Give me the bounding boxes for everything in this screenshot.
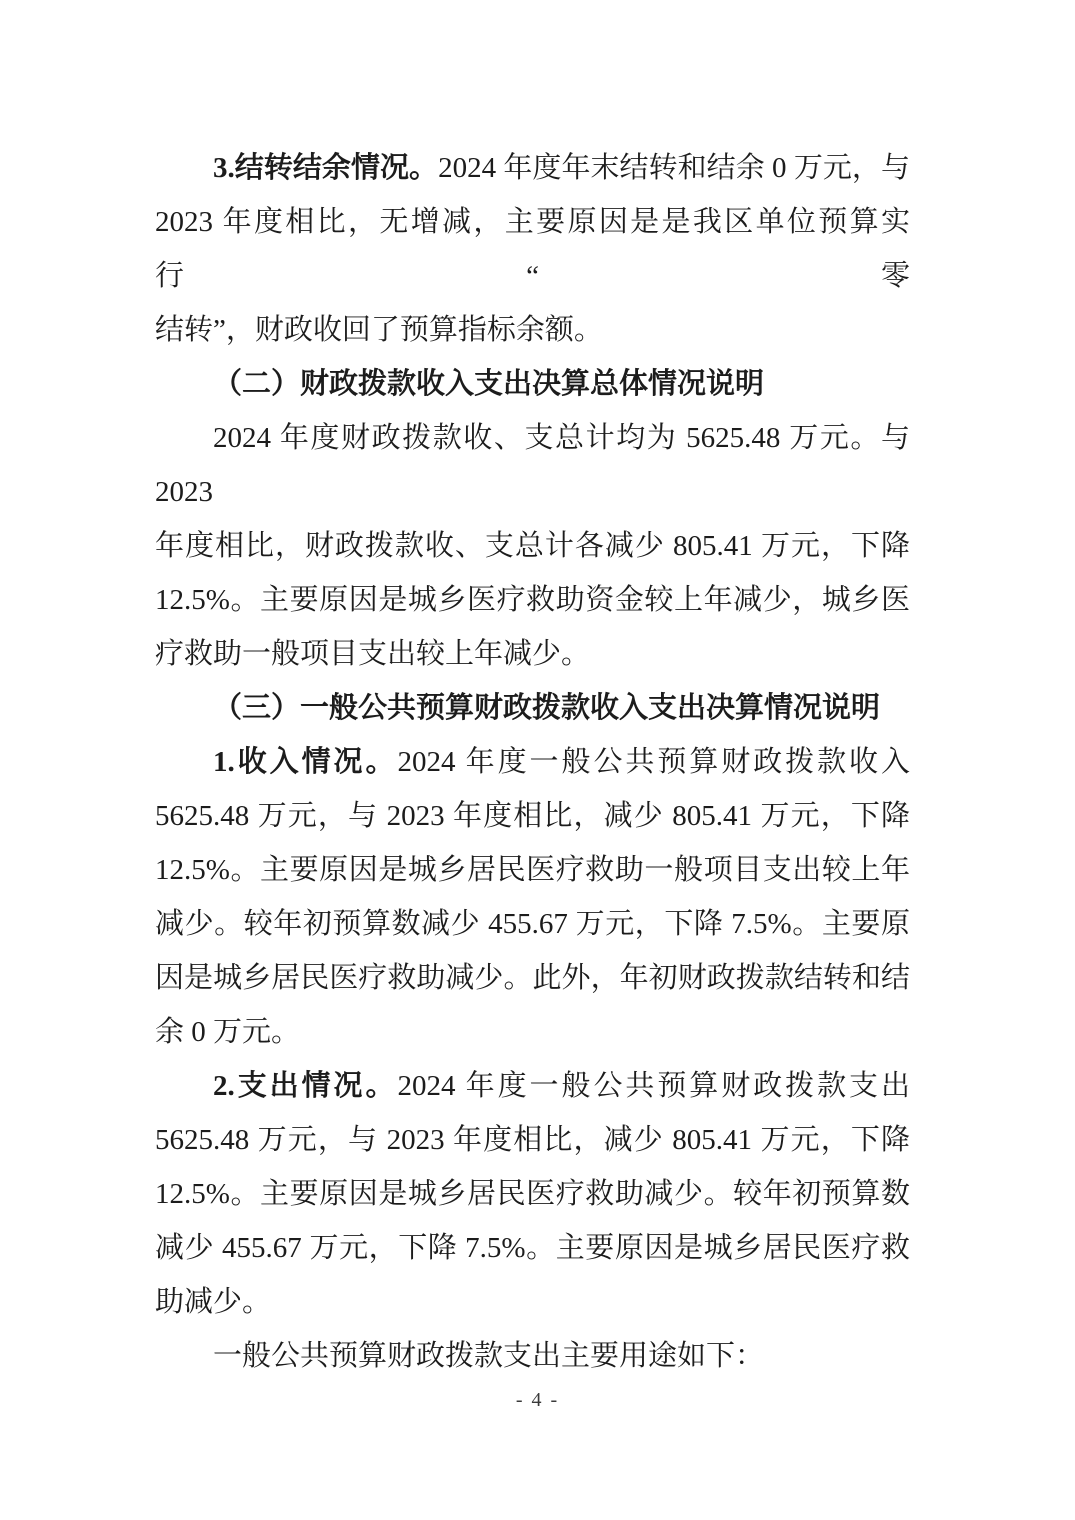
paragraph-line: 1.收入情况。2024 年度一般公共预算财政拨款收入 xyxy=(155,735,910,789)
text-segment: 减少。较年初预算数减少 455.67 万元，下降 7.5%。主要原 xyxy=(155,908,910,940)
paragraph-line: 减少。较年初预算数减少 455.67 万元，下降 7.5%。主要原 xyxy=(155,897,910,951)
text-segment: 2023 年度相比，无增减，主要原因是是我区单位预算实行“零 xyxy=(155,206,910,292)
text-segment: 5625.48 万元，与 2023 年度相比，减少 805.41 万元，下降 xyxy=(155,1124,910,1156)
page-footer: - 4 - xyxy=(0,1385,1075,1415)
page-number: - 4 - xyxy=(516,1389,559,1411)
heading-section-2: （二）财政拨款收入支出决算总体情况说明 xyxy=(155,357,910,411)
text-segment: 年度相比，财政拨款收、支总计各减少 805.41 万元，下降 xyxy=(155,530,910,562)
para-expenditure-situation: 2.支出情况。2024 年度一般公共预算财政拨款支出5625.48 万元，与 2… xyxy=(155,1059,910,1329)
bold-text-segment: 1.收入情况。 xyxy=(213,746,397,778)
text-segment: 12.5%。主要原因是城乡居民医疗救助减少。较年初预算数 xyxy=(155,1178,910,1210)
text-segment: 余 0 万元。 xyxy=(155,1016,300,1048)
bold-text-segment: 3.结转结余情况。 xyxy=(213,152,438,184)
text-segment: 2024 年度一般公共预算财政拨款收入 xyxy=(397,746,910,778)
text-segment: 2024 年度一般公共预算财政拨款支出 xyxy=(397,1070,910,1102)
paragraph-line: 5625.48 万元，与 2023 年度相比，减少 805.41 万元，下降 xyxy=(155,1113,910,1167)
text-segment: 一般公共预算财政拨款支出主要用途如下： xyxy=(213,1340,764,1372)
paragraph-line: 2.支出情况。2024 年度一般公共预算财政拨款支出 xyxy=(155,1059,910,1113)
paragraph-line: 2024 年度财政拨款收、支总计均为 5625.48 万元。与 2023 xyxy=(155,411,910,519)
paragraph-line: 5625.48 万元，与 2023 年度相比，减少 805.41 万元，下降 xyxy=(155,789,910,843)
text-segment: 12.5%。主要原因是城乡居民医疗救助一般项目支出较上年 xyxy=(155,854,910,886)
paragraph-line: 3.结转结余情况。2024 年度年末结转和结余 0 万元，与 xyxy=(155,141,910,195)
paragraph-line: 余 0 万元。 xyxy=(155,1005,910,1059)
paragraph-line: 12.5%。主要原因是城乡医疗救助资金较上年减少，城乡医 xyxy=(155,573,910,627)
paragraph-line: 因是城乡居民医疗救助减少。此外，年初财政拨款结转和结 xyxy=(155,951,910,1005)
bold-text-segment: 2.支出情况。 xyxy=(213,1070,397,1102)
section-heading-line: （二）财政拨款收入支出决算总体情况说明 xyxy=(155,357,910,411)
text-segment: 12.5%。主要原因是城乡医疗救助资金较上年减少，城乡医 xyxy=(155,584,910,616)
paragraph-line: 年度相比，财政拨款收、支总计各减少 805.41 万元，下降 xyxy=(155,519,910,573)
text-segment: 减少 455.67 万元，下降 7.5%。主要原因是城乡居民医疗救 xyxy=(155,1232,910,1264)
paragraph-line: 疗救助一般项目支出较上年减少。 xyxy=(155,627,910,681)
paragraph-line: 一般公共预算财政拨款支出主要用途如下： xyxy=(155,1329,910,1383)
text-segment: 2024 年度财政拨款收、支总计均为 5625.48 万元。与 2023 xyxy=(155,422,910,508)
heading-section-3: （三）一般公共预算财政拨款收入支出决算情况说明 xyxy=(155,681,910,735)
paragraph-line: 12.5%。主要原因是城乡居民医疗救助减少。较年初预算数 xyxy=(155,1167,910,1221)
text-segment: 疗救助一般项目支出较上年减少。 xyxy=(155,638,590,670)
paragraph-line: 2023 年度相比，无增减，主要原因是是我区单位预算实行“零 xyxy=(155,195,910,303)
section-heading-line: （三）一般公共预算财政拨款收入支出决算情况说明 xyxy=(155,681,910,735)
para-carryover-balance: 3.结转结余情况。2024 年度年末结转和结余 0 万元，与2023 年度相比，… xyxy=(155,141,910,357)
text-segment: 结转”，财政收回了预算指标余额。 xyxy=(155,314,603,346)
text-segment: 因是城乡居民医疗救助减少。此外，年初财政拨款结转和结 xyxy=(155,962,910,994)
para-expenditure-usage-intro: 一般公共预算财政拨款支出主要用途如下： xyxy=(155,1329,910,1383)
document-body: 3.结转结余情况。2024 年度年末结转和结余 0 万元，与2023 年度相比，… xyxy=(155,141,910,1383)
text-segment: 助减少。 xyxy=(155,1286,271,1318)
para-income-situation: 1.收入情况。2024 年度一般公共预算财政拨款收入5625.48 万元，与 2… xyxy=(155,735,910,1059)
paragraph-line: 结转”，财政收回了预算指标余额。 xyxy=(155,303,910,357)
paragraph-line: 助减少。 xyxy=(155,1275,910,1329)
document-page: 3.结转结余情况。2024 年度年末结转和结余 0 万元，与2023 年度相比，… xyxy=(0,0,1075,1520)
text-segment: 2024 年度年末结转和结余 0 万元，与 xyxy=(438,152,910,184)
bold-text-segment: （三）一般公共预算财政拨款收入支出决算情况说明 xyxy=(213,692,880,724)
paragraph-line: 12.5%。主要原因是城乡居民医疗救助一般项目支出较上年 xyxy=(155,843,910,897)
text-segment: 5625.48 万元，与 2023 年度相比，减少 805.41 万元，下降 xyxy=(155,800,910,832)
paragraph-line: 减少 455.67 万元，下降 7.5%。主要原因是城乡居民医疗救 xyxy=(155,1221,910,1275)
bold-text-segment: （二）财政拨款收入支出决算总体情况说明 xyxy=(213,368,764,400)
para-fiscal-appropriation-total: 2024 年度财政拨款收、支总计均为 5625.48 万元。与 2023年度相比… xyxy=(155,411,910,681)
